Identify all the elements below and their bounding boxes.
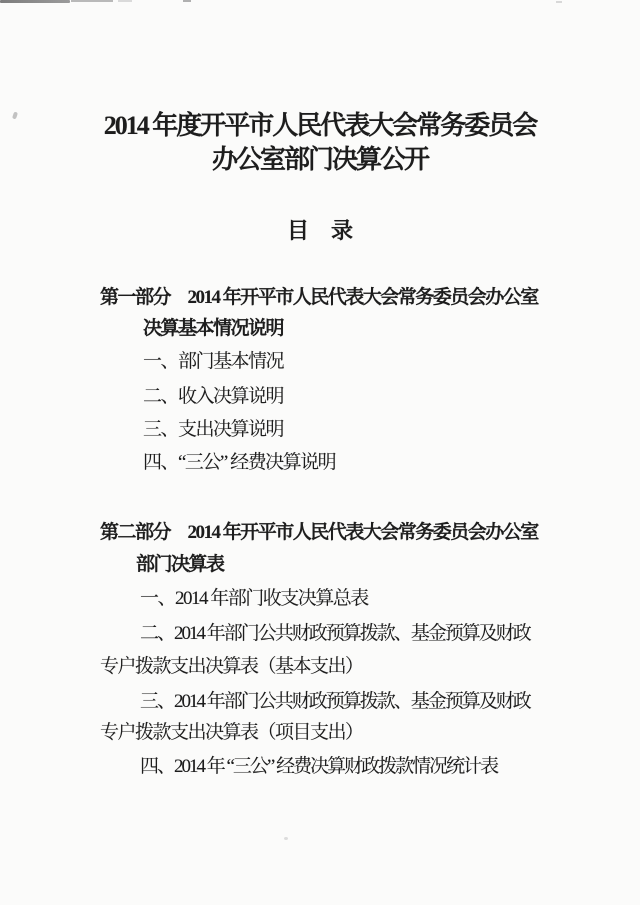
scan-noise-top-dot	[183, 0, 191, 2]
toc-item-1-4: 四、“三公” 经费决算说明	[143, 452, 335, 475]
section-1-heading-line-2: 决算基本情况说明	[143, 318, 283, 341]
section-2-heading-line-1: 第二部分 2014 年开平市人民代表大会常务委员会办公室	[100, 522, 538, 545]
toc-item-2-2-line-1: 二、2014 年部门公共财政预算拨款、基金预算及财政	[140, 623, 530, 646]
scan-noise-top-strip-2	[71, 0, 113, 2]
scan-noise-top-strip	[0, 0, 70, 3]
toc-heading: 目 录	[0, 218, 640, 244]
document-title-line-1: 2014 年度开平市人民代表大会常务委员会	[0, 110, 640, 141]
section-2-heading-line-2: 部门决算表	[136, 554, 224, 577]
document-title-line-2: 办公室部门决算公开	[0, 144, 640, 175]
toc-item-1-2: 二、收入决算说明	[143, 386, 283, 409]
toc-item-1-3: 三、支出决算说明	[143, 419, 283, 442]
toc-item-1-1: 一、部门基本情况	[143, 351, 283, 374]
scan-speck-bottom	[284, 837, 288, 840]
toc-item-2-1: 一、2014 年部门收支决算总表	[140, 588, 368, 611]
toc-item-2-3-line-1: 三、2014 年部门公共财政预算拨款、基金预算及财政	[140, 691, 530, 714]
scan-noise-top-strip-3	[118, 0, 132, 2]
toc-item-2-2-line-2: 专户拨款支出决算表（基本支出）	[100, 656, 363, 679]
toc-item-2-4: 四、2014 年 “三公” 经费决算财政拨款情况统计表	[140, 756, 497, 779]
scan-noise-top-dot-2	[556, 1, 562, 3]
document-page: 2014 年度开平市人民代表大会常务委员会 办公室部门决算公开 目 录 第一部分…	[0, 0, 640, 905]
toc-item-2-3-line-2: 专户拨款支出决算表（项目支出）	[100, 722, 363, 745]
section-1-heading-line-1: 第一部分 2014 年开平市人民代表大会常务委员会办公室	[100, 287, 538, 310]
